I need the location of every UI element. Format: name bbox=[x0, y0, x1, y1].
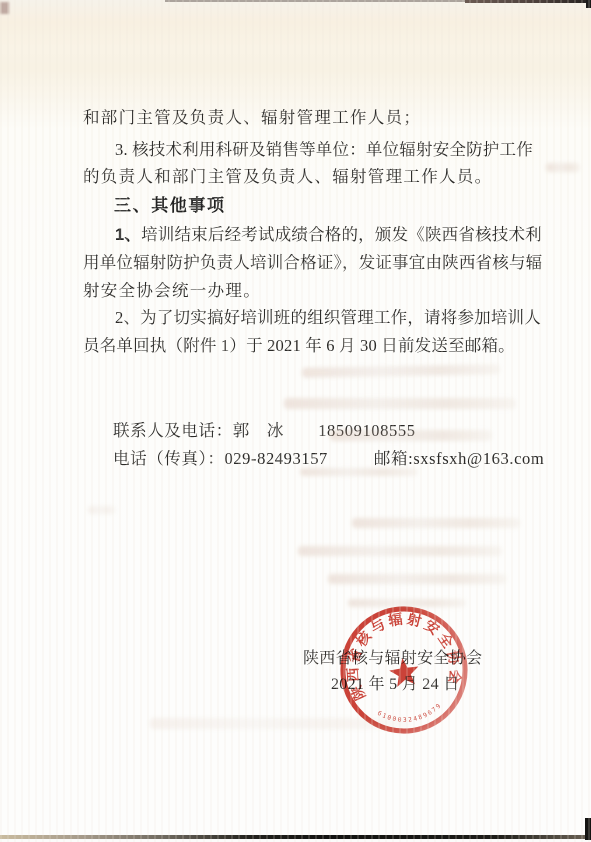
bleed-through-smudge bbox=[88, 506, 116, 514]
contact-email: 邮箱:sxsfsxh@163.com bbox=[374, 449, 544, 468]
seal-star-icon bbox=[388, 656, 421, 688]
contact-fax-email: 电话（传真）：029-82493157邮箱:sxsfsxh@163.com bbox=[113, 445, 544, 469]
bleed-through-smudge bbox=[298, 546, 502, 556]
scan-corner-bottom-right bbox=[585, 818, 591, 840]
body-line: 2、为了切实搞好培训班的组织管理工作，请将参加培训人 bbox=[115, 304, 541, 328]
body-line: 的负责人和部门主管及负责人、辐射管理工作人员。 bbox=[83, 163, 492, 187]
body-line: 和部门主管及负责人、辐射管理工作人员； bbox=[83, 104, 421, 128]
bleed-through-smudge bbox=[546, 163, 580, 172]
bleed-through-smudge bbox=[284, 398, 516, 409]
body-line: 射安全协会统一办理。 bbox=[83, 277, 261, 301]
scanned-document-page: 和部门主管及负责人、辐射管理工作人员； 3. 核技术利用科研及销售等单位：单位辐… bbox=[0, 0, 591, 842]
contact-fax: 电话（传真）：029-82493157 bbox=[113, 449, 328, 468]
body-line: 用单位辐射防护负责人培训合格证》，发证事宜由陕西省核与辐 bbox=[83, 249, 542, 273]
scan-edge-top-dark bbox=[465, 0, 591, 3]
section-heading: 三、其他事项 bbox=[114, 191, 226, 216]
official-seal: 陕西省核与辐射安全协会 6100032489679 bbox=[329, 595, 478, 744]
bleed-through-smudge bbox=[302, 364, 500, 377]
seal-arc-text: 陕西省核与辐射安全协会 bbox=[336, 602, 467, 704]
body-line: 员名单回执（附件 1）于 2021 年 6 月 30 日前发送至邮箱。 bbox=[83, 332, 515, 356]
body-line: 3. 核技术利用科研及销售等单位：单位辐射安全防护工作 bbox=[115, 136, 533, 160]
scan-corner-top-left bbox=[0, 2, 9, 14]
bleed-through-smudge bbox=[352, 518, 520, 528]
svg-text:陕西省核与辐射安全协会: 陕西省核与辐射安全协会 bbox=[336, 602, 467, 704]
scan-corner-top-right bbox=[586, 0, 591, 8]
list-number-bold: 1、 bbox=[115, 226, 141, 244]
bleed-through-smudge bbox=[300, 468, 418, 476]
scan-edge-top bbox=[165, 0, 475, 2]
contact-person-phone: 联系人及电话：郭 冰 18509108555 bbox=[113, 417, 416, 441]
bleed-through-smudge bbox=[328, 574, 506, 584]
scan-edge-bottom bbox=[0, 835, 591, 839]
body-line: 1、培训结束后经考试成绩合格的，颁发《陕西省核技术利 bbox=[115, 221, 542, 245]
body-line-text: 培训结束后经考试成绩合格的，颁发《陕西省核技术利 bbox=[141, 225, 542, 244]
